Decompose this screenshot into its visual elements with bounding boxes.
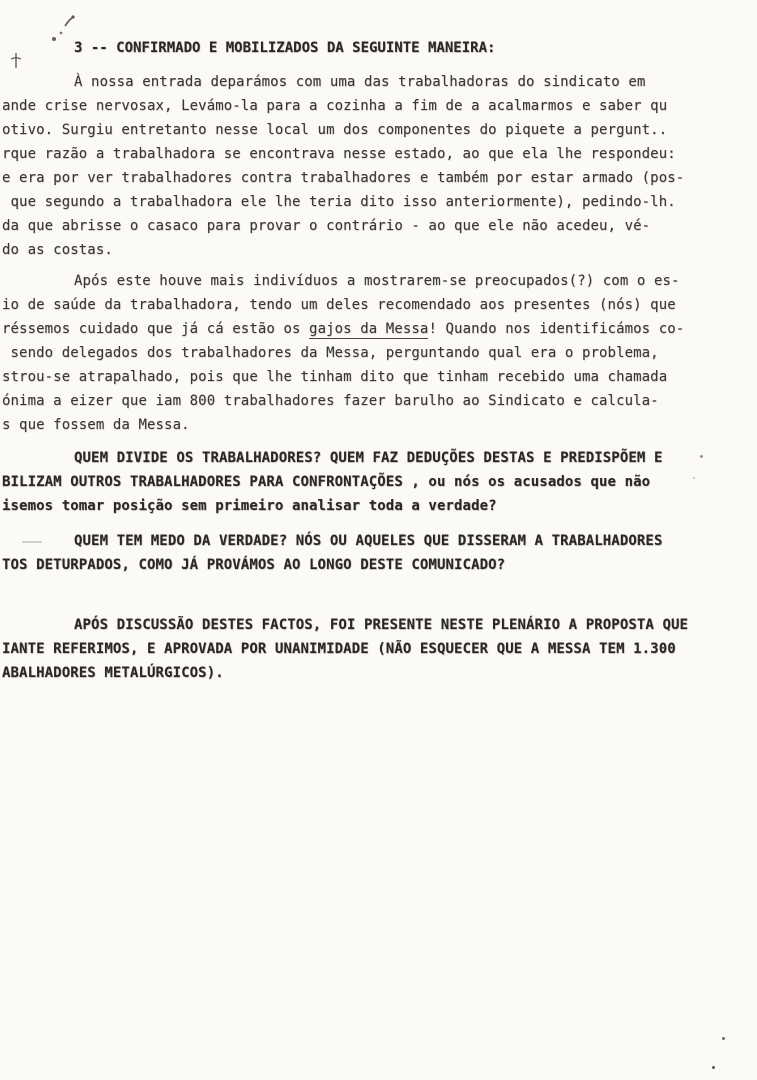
text-line: QUEM TEM MEDO DA VERDADE? NÓS OU AQUELES… (2, 529, 757, 553)
text-line: ABALHADORES METALÚRGICOS). (2, 661, 757, 685)
text-line: da que abrisse o casaco para provar o co… (2, 214, 757, 238)
text-line: APÓS DISCUSSÃO DESTES FACTOS, FOI PRESEN… (2, 613, 757, 637)
text-line: do as costas. (2, 238, 757, 262)
cross-ink-mark (8, 50, 24, 72)
text-segment: réssemos cuidado que já cá estão os (2, 321, 309, 337)
text-line: Após este houve mais indivíduos a mostra… (2, 269, 757, 293)
section-heading: 3 -- CONFIRMADO E MOBILIZADOS DA SEGUINT… (74, 36, 495, 60)
text-line: isemos tomar posição sem primeiro analis… (2, 494, 757, 518)
text-line: rque razão a trabalhadora se encontrava … (2, 142, 757, 166)
text-line: QUEM DIVIDE OS TRABALHADORES? QUEM FAZ D… (2, 446, 757, 470)
text-line: otivo. Surgiu entretanto nesse local um … (2, 118, 757, 142)
ink-speck (700, 455, 703, 458)
text-line: BILIZAM OUTROS TRABALHADORES PARA CONFRO… (2, 470, 757, 494)
text-line: réssemos cuidado que já cá estão os gajo… (2, 317, 757, 341)
document-page: 3 -- CONFIRMADO E MOBILIZADOS DA SEGUINT… (0, 0, 757, 1080)
ink-speck (693, 477, 695, 479)
text-segment: ! Quando nos identificámos co- (428, 321, 684, 337)
text-line: strou-se atrapalhado, pois que lhe tinha… (2, 365, 757, 389)
text-line: io de saúde da trabalhadora, tendo um de… (2, 293, 757, 317)
paragraph-2: Após este houve mais indivíduos a mostra… (2, 269, 757, 437)
text-line: ande crise nervosax, Levámo-la para a co… (2, 94, 757, 118)
text-line: que segundo a trabalhadora ele lhe teria… (2, 190, 757, 214)
ink-speck (712, 1066, 715, 1069)
ink-speck (722, 1037, 725, 1040)
text-line: sendo delegados dos trabalhadores da Mes… (2, 341, 757, 365)
paragraph-4: QUEM TEM MEDO DA VERDADE? NÓS OU AQUELES… (2, 529, 757, 577)
paragraph-3: QUEM DIVIDE OS TRABALHADORES? QUEM FAZ D… (2, 446, 757, 518)
underlined-phrase: gajos da Messa (309, 321, 428, 339)
text-line: IANTE REFERIMOS, E APROVADA POR UNANIMID… (2, 637, 757, 661)
text-line: TOS DETURPADOS, COMO JÁ PROVÁMOS AO LONG… (2, 553, 757, 577)
text-line: s que fossem da Messa. (2, 413, 757, 437)
text-line: À nossa entrada deparámos com uma das tr… (2, 70, 757, 94)
paragraph-1: À nossa entrada deparámos com uma das tr… (2, 70, 757, 262)
text-line: e era por ver trabalhadores contra traba… (2, 166, 757, 190)
text-line: ónima a eizer que iam 800 trabalhadores … (2, 389, 757, 413)
paragraph-5: APÓS DISCUSSÃO DESTES FACTOS, FOI PRESEN… (2, 613, 757, 685)
